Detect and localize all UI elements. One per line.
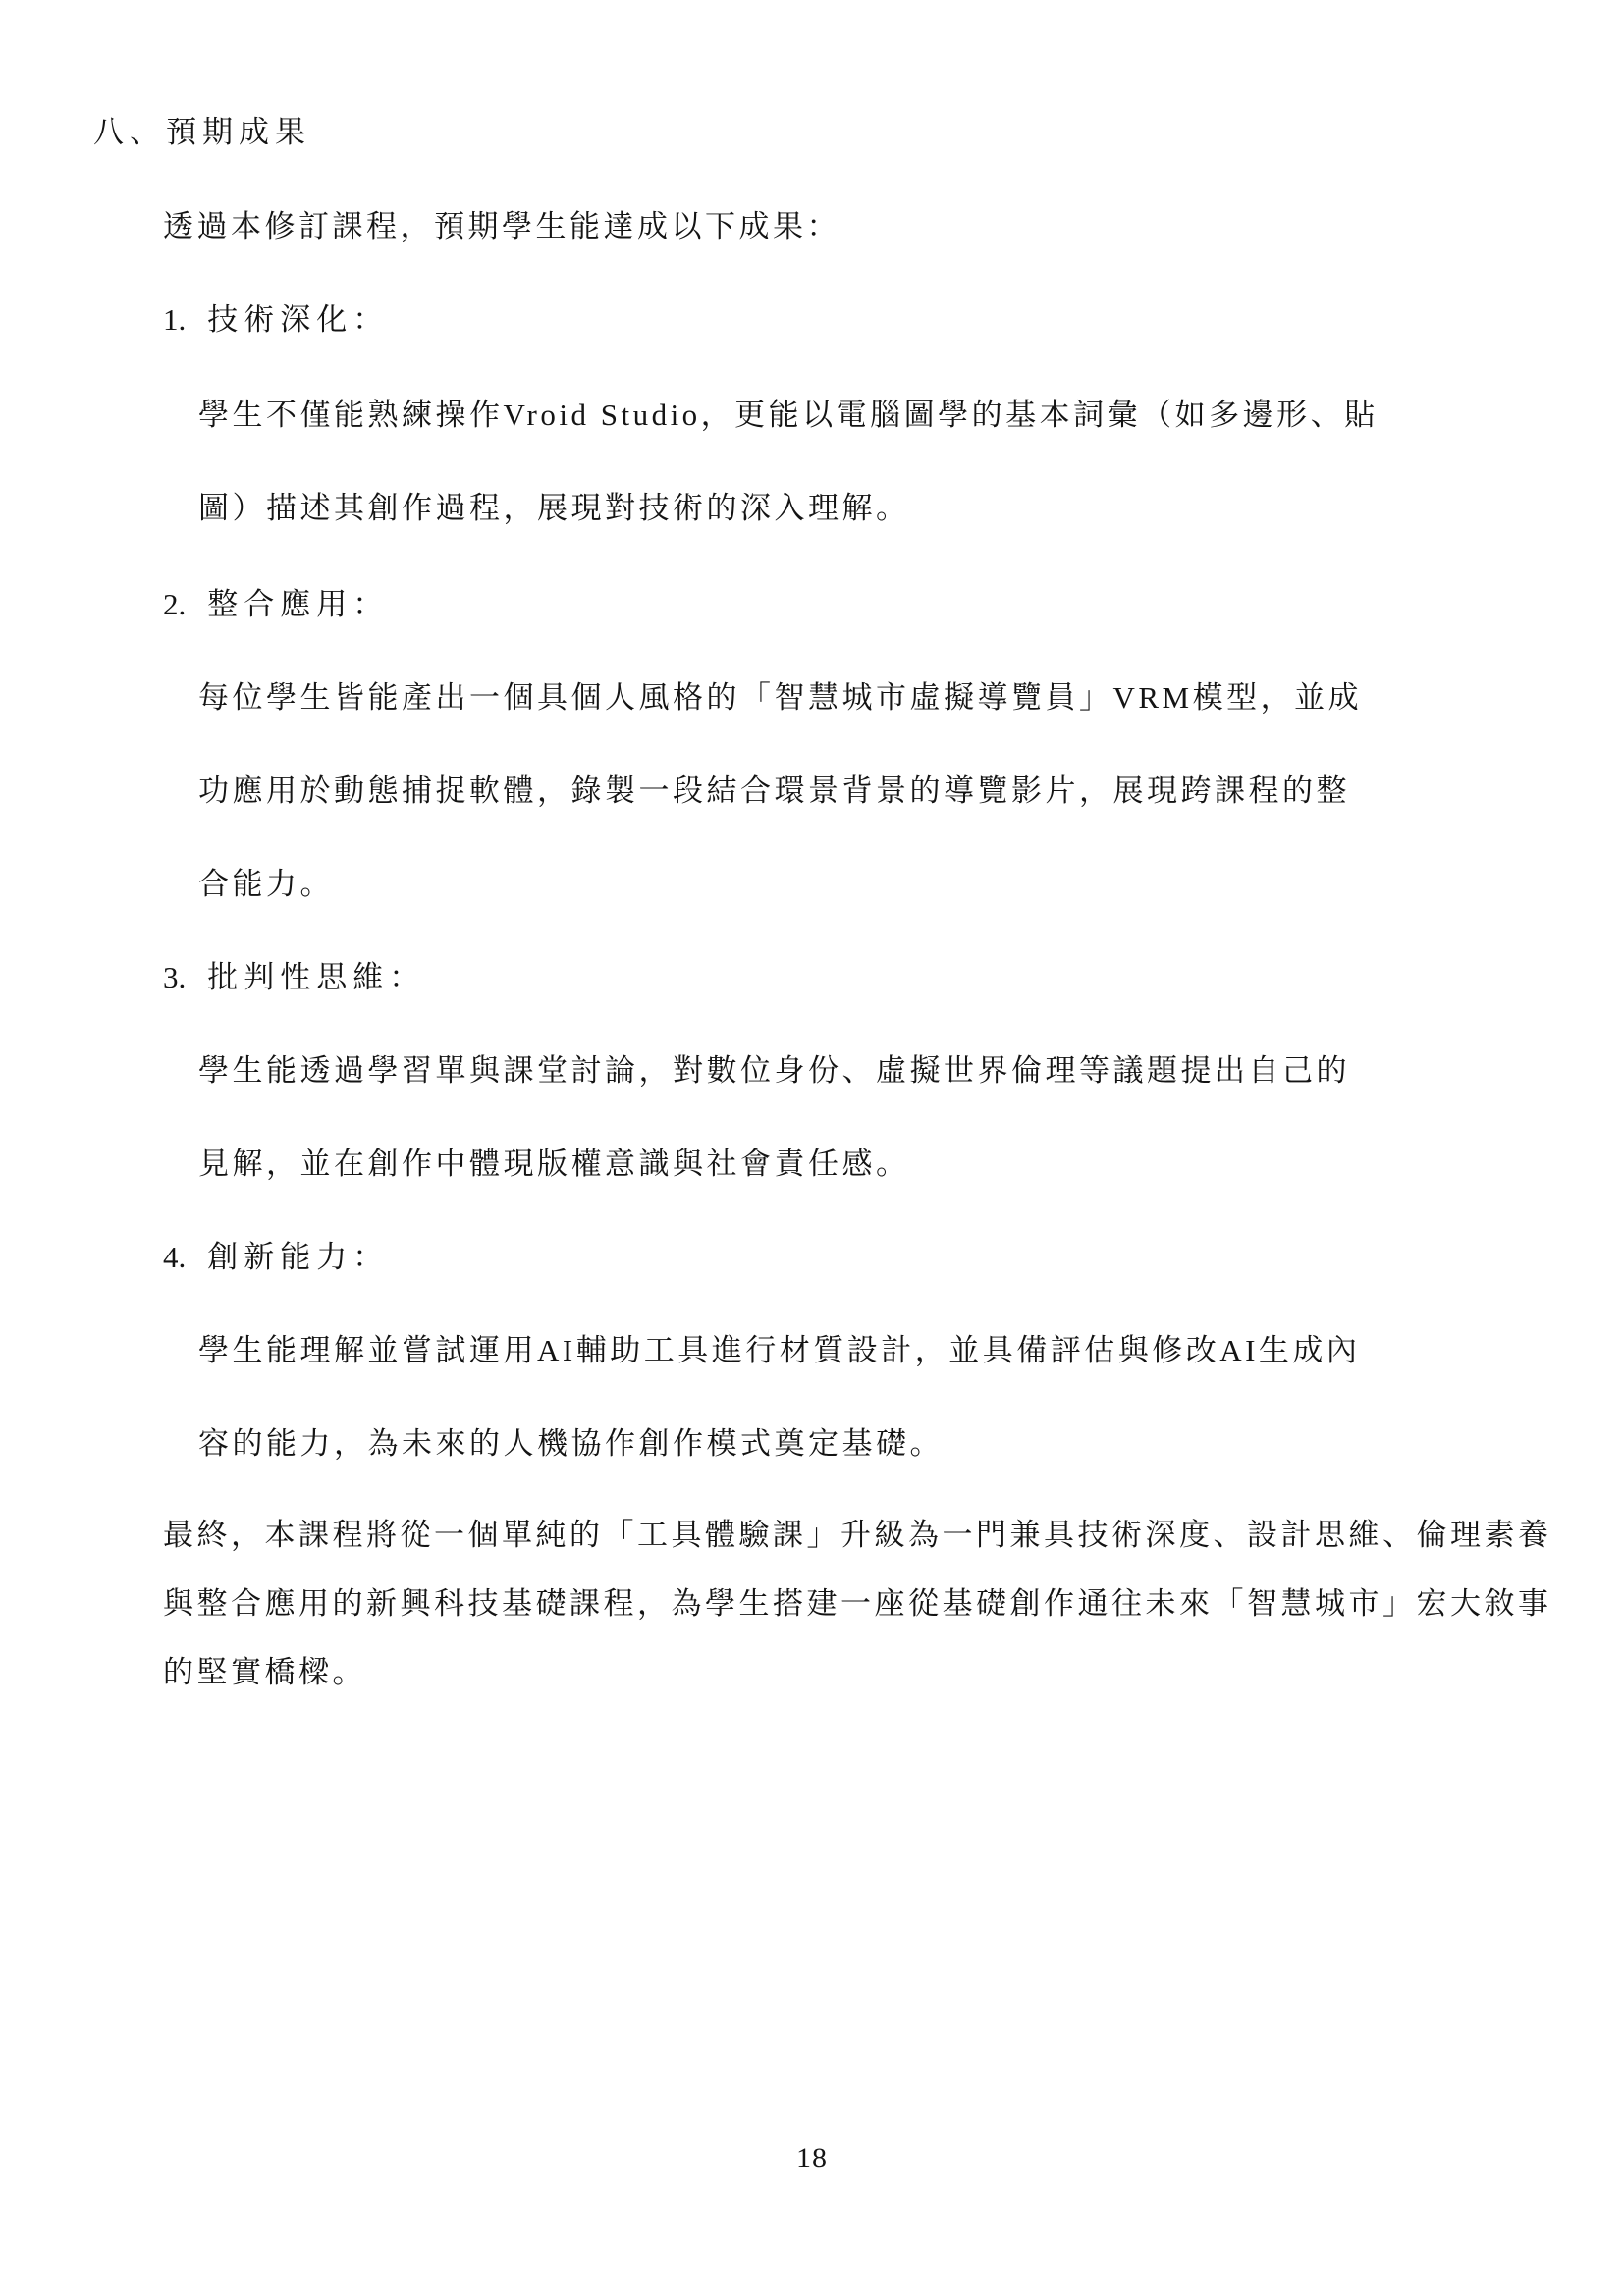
- list-item-3-heading: 3.批判性思維：: [163, 959, 425, 997]
- page-number: 18: [0, 2142, 1624, 2175]
- document-page: 八、預期成果 透過本修訂課程，預期學生能達成以下成果： 1.技術深化： 學生不僅…: [0, 0, 1624, 2296]
- closing-paragraph-line-1: 最終，本課程將從一個單純的「工具體驗課」升級為一門兼具技術深度、設計思維、倫理素…: [163, 1517, 1552, 1555]
- list-item-2-heading: 2.整合應用：: [163, 586, 389, 624]
- list-item-2-body-line-3: 合能力。: [198, 866, 334, 904]
- list-item-1-body-line-1: 學生不僅能熟練操作Vroid Studio，更能以電腦圖學的基本詞彙（如多邊形、…: [198, 397, 1379, 435]
- list-item-3-body-line-1: 學生能透過學習單與課堂討論，對數位身份、虛擬世界倫理等議題提出自己的: [198, 1052, 1350, 1091]
- list-item-3-title: 批判性思維：: [207, 960, 425, 994]
- section-heading: 八、預期成果: [93, 114, 311, 152]
- list-item-1-title: 技術深化：: [207, 302, 389, 337]
- list-item-3-body-line-2: 見解，並在創作中體現版權意識與社會責任感。: [198, 1146, 910, 1184]
- closing-paragraph-line-3: 的堅實橋樑。: [163, 1654, 366, 1692]
- list-item-1-number: 1.: [163, 302, 186, 337]
- list-item-4-number: 4.: [163, 1240, 186, 1274]
- list-item-1-heading: 1.技術深化：: [163, 301, 389, 340]
- list-item-2-number: 2.: [163, 587, 186, 621]
- list-item-4-body-line-1: 學生能理解並嘗試運用AI輔助工具進行材質設計，並具備評估與修改AI生成內: [198, 1332, 1360, 1370]
- list-item-4-title: 創新能力：: [207, 1240, 389, 1274]
- intro-paragraph: 透過本修訂課程，預期學生能達成以下成果：: [163, 208, 840, 246]
- list-item-4-heading: 4.創新能力：: [163, 1239, 389, 1277]
- list-item-4-body-line-2: 容的能力，為未來的人機協作創作模式奠定基礎。: [198, 1425, 944, 1464]
- list-item-2-title: 整合應用：: [207, 587, 389, 621]
- list-item-3-number: 3.: [163, 960, 186, 994]
- list-item-1-body-line-2: 圖）描述其創作過程，展現對技術的深入理解。: [198, 490, 910, 528]
- closing-paragraph-line-2: 與整合應用的新興科技基礎課程，為學生搭建一座從基礎創作通往未來「智慧城市」宏大敘…: [163, 1585, 1552, 1624]
- list-item-2-body-line-2: 功應用於動態捕捉軟體，錄製一段結合環景背景的導覽影片，展現跨課程的整: [198, 773, 1350, 811]
- list-item-2-body-line-1: 每位學生皆能產出一個具個人風格的「智慧城市虛擬導覽員」VRM模型，並成: [198, 679, 1362, 718]
